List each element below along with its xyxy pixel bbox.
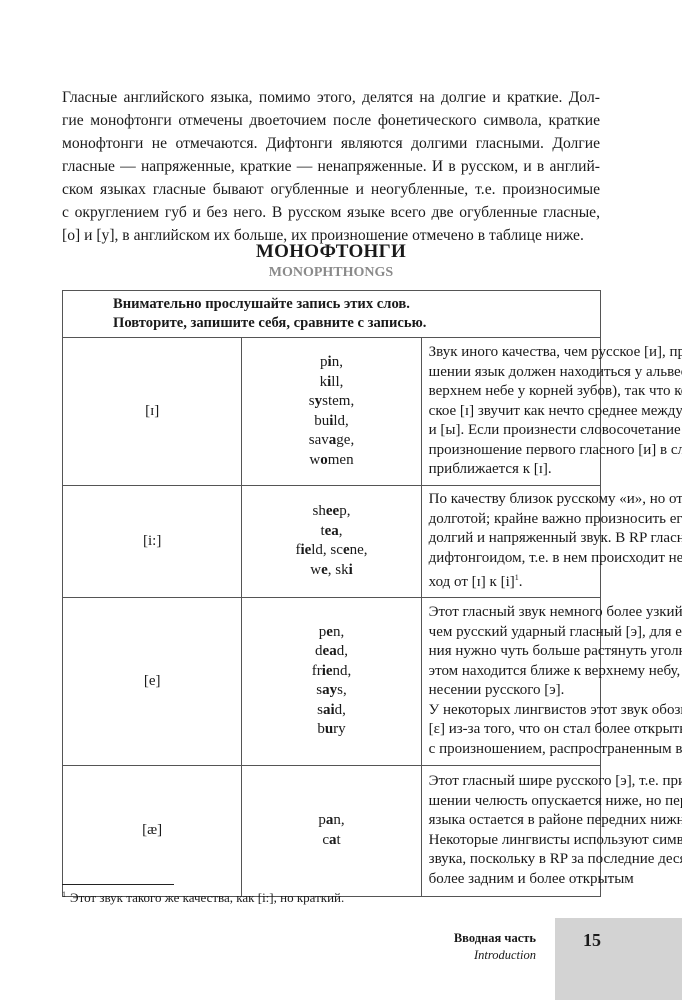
paragraph-line: монофтонги не отмечаются. Дифтонги являю… <box>62 132 600 155</box>
description-line: [ɛ] из-за того, что он стал более открыт… <box>429 720 594 740</box>
description-line: чем русский ударный гласный [э], для его… <box>429 623 594 643</box>
section-subtitle: MONOPHTHONGS <box>62 265 600 281</box>
example-word: women <box>242 451 420 471</box>
description-line: Звук иного качества, чем русское [и], пр… <box>429 343 594 363</box>
phonetic-symbol: [ɪ] <box>63 338 242 486</box>
description-line: шении челюсть опускается ниже, но передн… <box>429 792 594 812</box>
example-words: pin,kill,system,build,savage,women <box>242 338 421 486</box>
example-word: friend, <box>242 662 420 682</box>
description-line: долгий и напряженный звук. В RP гласный … <box>429 529 594 549</box>
example-word: dead, <box>242 642 420 662</box>
paragraph-line: Гласные английского языка, помимо этого,… <box>62 86 600 109</box>
description-line: более задним и более открытым <box>429 870 594 890</box>
example-word: pan, <box>242 811 420 831</box>
example-word: we, ski <box>242 561 420 581</box>
table-row: [æ] pan,cat Этот гласный шире русского [… <box>63 765 601 896</box>
description-line: ское [ɪ] звучит как нечто среднее между … <box>429 402 594 422</box>
description-line: звука, поскольку в RP за последние десят… <box>429 850 594 870</box>
phonetic-symbol: [i:] <box>63 486 242 598</box>
pronunciation-description: По качеству близок русскому «и», но отли… <box>421 486 600 598</box>
description-line: ход от [ɪ] к [i]1. <box>429 568 594 593</box>
description-line: несении русского [э]. <box>429 681 594 701</box>
description-line: приближается к [ɪ]. <box>429 460 594 480</box>
phonetic-symbol: [æ] <box>63 765 242 896</box>
example-words: pen,dead,friend,says,said,bury <box>242 597 421 765</box>
example-word: system, <box>242 392 420 412</box>
section-title: МОНОФТОНГИ <box>62 241 600 263</box>
table-header-row: Внимательно прослушайте запись этих слов… <box>63 291 601 338</box>
instruction-line: Повторите, запишите себя, сравните с зап… <box>113 314 600 333</box>
footnote-divider <box>62 884 174 885</box>
table-row: [e] pen,dead,friend,says,said,bury Этот … <box>63 597 601 765</box>
running-footer: Вводная часть Introduction <box>454 930 536 964</box>
example-word: pen, <box>242 623 420 643</box>
table-instructions: Внимательно прослушайте запись этих слов… <box>63 291 601 338</box>
table-row: [ɪ] pin,kill,system,build,savage,women З… <box>63 338 601 486</box>
example-word: says, <box>242 681 420 701</box>
description-line: долготой; крайне важно произносить его и… <box>429 510 594 530</box>
footnote-marker: 1 <box>62 890 66 899</box>
description-line: шении язык должен находиться у альвеол (… <box>429 363 594 383</box>
footnote-text: Этот звук такого же качества, как [i:], … <box>70 890 344 905</box>
example-word: said, <box>242 701 420 721</box>
monophthongs-table: Внимательно прослушайте запись этих слов… <box>62 290 601 897</box>
page-number: 15 <box>583 930 601 951</box>
section-name-en: Introduction <box>454 947 536 964</box>
description-line: ния нужно чуть больше растянуть уголки р… <box>429 642 594 662</box>
page-number-box: 15 <box>555 918 682 1000</box>
example-word: bury <box>242 720 420 740</box>
example-word: build, <box>242 412 420 432</box>
paragraph-line: с округлением губ и без него. В русском … <box>62 201 600 224</box>
description-line: языка остается в районе передних нижних … <box>429 811 594 831</box>
description-line: с произношением, распространенным в сере… <box>429 740 594 760</box>
footnote: 1Этот звук такого же качества, как [i:],… <box>62 890 344 906</box>
example-word: kill, <box>242 373 420 393</box>
pronunciation-description: Этот гласный звук немного более узкий и … <box>421 597 600 765</box>
pronunciation-description: Этот гласный шире русского [э], т.е. при… <box>421 765 600 896</box>
description-line: Этот гласный шире русского [э], т.е. при… <box>429 772 594 792</box>
description-line: и [ы]. Если произнести словосочетание «в… <box>429 421 594 441</box>
description-line: этом находится ближе к верхнему небу, че… <box>429 662 594 682</box>
phonetic-symbol: [e] <box>63 597 242 765</box>
description-line: У некоторых лингвистов этот звук обознач… <box>429 701 594 721</box>
pronunciation-description: Звук иного качества, чем русское [и], пр… <box>421 338 600 486</box>
footnote-reference: 1 <box>515 573 519 582</box>
example-words: pan,cat <box>242 765 421 896</box>
example-word: field, scene, <box>242 541 420 561</box>
table-row: [i:] sheep,tea,field, scene,we, ski По к… <box>63 486 601 598</box>
paragraph-line: гласные — напряженные, краткие — ненапря… <box>62 155 600 178</box>
description-line: верхнем небе у корней зубов), так что ко… <box>429 382 594 402</box>
description-line: Этот гласный звук немного более узкий и … <box>429 603 594 623</box>
example-word: savage, <box>242 431 420 451</box>
example-words: sheep,tea,field, scene,we, ski <box>242 486 421 598</box>
description-line: По качеству близок русскому «и», но отли… <box>429 490 594 510</box>
description-line: дифтонгоидом, т.е. в нем происходит небо… <box>429 549 594 569</box>
example-word: sheep, <box>242 502 420 522</box>
example-word: tea, <box>242 522 420 542</box>
example-word: cat <box>242 831 420 851</box>
paragraph-line: ском языках гласные бывают огубленные и … <box>62 178 600 201</box>
intro-paragraph: Гласные английского языка, помимо этого,… <box>62 86 600 247</box>
paragraph-line: гие монофтонги отмечены двоеточием после… <box>62 109 600 132</box>
instruction-line: Внимательно прослушайте запись этих слов… <box>113 295 600 314</box>
description-line: произношение первого гласного [и] в слов… <box>429 441 594 461</box>
section-name-ru: Вводная часть <box>454 930 536 947</box>
example-word: pin, <box>242 353 420 373</box>
description-line: Некоторые лингвисты используют символ [a… <box>429 831 594 851</box>
